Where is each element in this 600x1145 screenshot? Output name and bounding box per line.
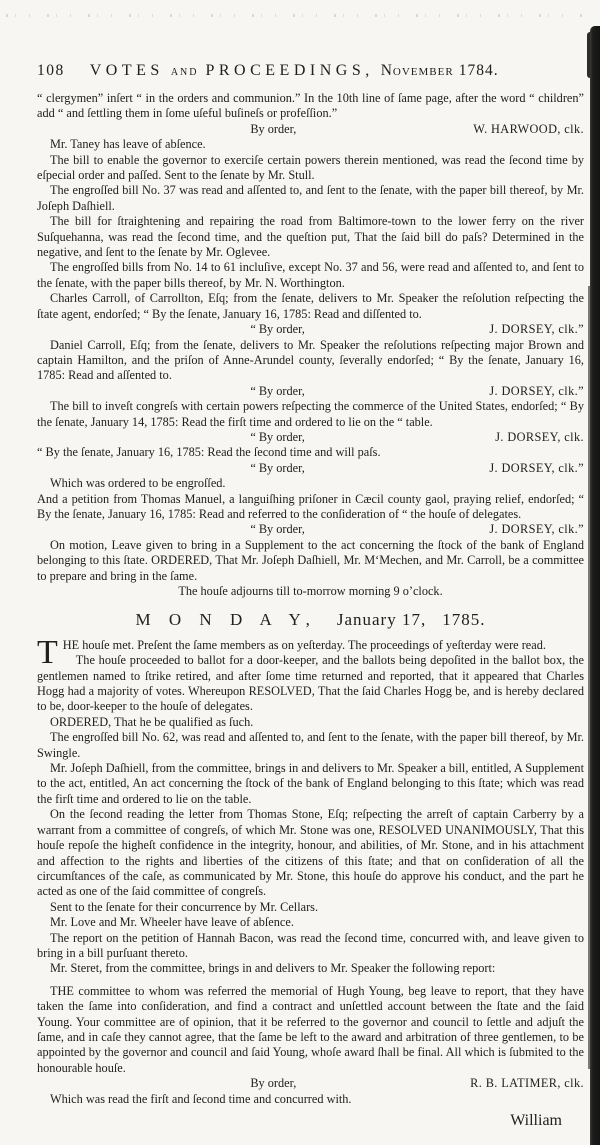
clerk-signature: J. DORSEY, clk.” — [489, 384, 584, 399]
paragraph: THE houſe met. Preſent the ſame members … — [37, 638, 584, 653]
attestation-line: By order,W. HARWOOD, clk. — [37, 122, 584, 137]
title-proceedings: PROCEEDINGS, — [205, 62, 373, 79]
by-order-label: “ By order, — [250, 461, 304, 476]
drop-cap: T — [37, 638, 63, 666]
document-body: “ clergymen” inſert “ in the orders and … — [37, 91, 584, 1107]
document-page: 108 VOTESandPROCEEDINGS,November1784. “ … — [0, 0, 600, 1145]
paragraph: Mr. Taney has leave of abſence. — [37, 137, 584, 152]
paragraph: The engroſſed bill No. 37 was read and a… — [37, 183, 584, 214]
attestation-line: “ By order,J. DORSEY, clk.” — [37, 322, 584, 337]
paragraph: THE committee to whom was referred the m… — [37, 984, 584, 1076]
heading-day: M O N D A Y, — [136, 610, 317, 629]
paragraph: And a petition from Thomas Manuel, a lan… — [37, 492, 584, 523]
title-and: and — [171, 64, 199, 79]
page-number: 108 — [37, 62, 65, 80]
paragraph: The report on the petition of Hannah Bac… — [37, 931, 584, 962]
by-order-label: “ By order, — [250, 430, 304, 445]
scan-gutter-shadow — [590, 26, 600, 1145]
paragraph: Daniel Carroll, Eſq; from the ſenate, de… — [37, 338, 584, 384]
heading-year: 1785. — [442, 610, 485, 629]
paragraph: Which was ordered to be engroſſed. — [37, 476, 584, 491]
paragraph: Which was read the firſt and ſecond time… — [37, 1092, 584, 1107]
paragraph: Mr. Joſeph Daſhiell, from the committee,… — [37, 761, 584, 807]
attestation-line: “ By order,J. DORSEY, clk.” — [37, 384, 584, 399]
by-order-label: “ By order, — [250, 384, 304, 399]
paragraph: The bill for ſtraightening and repairing… — [37, 214, 584, 260]
clerk-signature: J. DORSEY, clk. — [495, 430, 584, 445]
paragraph: Mr. Steret, from the committee, brings i… — [37, 961, 584, 976]
page-title: VOTESandPROCEEDINGS,November1784. — [90, 62, 499, 80]
catchword: William — [37, 1112, 562, 1130]
paragraph: The bill to inveſt congreſs with certain… — [37, 399, 584, 430]
paragraph: The engroſſed bill No. 62, was read and … — [37, 730, 584, 761]
paragraph: The engroſſed bills from No. 14 to 61 in… — [37, 260, 584, 291]
clerk-signature: W. HARWOOD, clk. — [473, 122, 584, 137]
centered-line: The houſe adjourns till to-morrow mornin… — [37, 584, 584, 599]
by-order-label: “ By order, — [250, 522, 304, 537]
paragraph: “ clergymen” inſert “ in the orders and … — [37, 91, 584, 122]
heading-date: January 17, — [337, 610, 426, 629]
paragraph: ORDERED, That he be qualified as ſuch. — [37, 715, 584, 730]
attestation-line: “ By order,J. DORSEY, clk.” — [37, 461, 584, 476]
paragraph: Sent to the ſenate for their concurrence… — [37, 900, 584, 915]
title-year: 1784. — [459, 62, 499, 79]
paragraph: The houſe proceeded to ballot for a door… — [37, 653, 584, 715]
page-content: 108 VOTESandPROCEEDINGS,November1784. “ … — [0, 0, 600, 1130]
by-order-label: “ By order, — [250, 322, 304, 337]
clerk-signature: J. DORSEY, clk.” — [489, 322, 584, 337]
attestation-line: “ By order,J. DORSEY, clk. — [37, 430, 584, 445]
scan-noise-speckles — [6, 14, 584, 17]
clerk-signature: R. B. LATIMER, clk. — [470, 1076, 584, 1091]
paragraph: Charles Carroll, of Carrollton, Eſq; fro… — [37, 291, 584, 322]
by-order-label: By order, — [250, 122, 296, 137]
title-votes: VOTES — [90, 62, 164, 79]
paragraph: The bill to enable the governor to exerc… — [37, 153, 584, 184]
section-heading: M O N D A Y,January 17,1785. — [37, 612, 584, 627]
clerk-signature: J. DORSEY, clk.” — [489, 461, 584, 476]
attestation-line: By order,R. B. LATIMER, clk. — [37, 1076, 584, 1091]
title-month: November — [381, 62, 454, 79]
page-header: 108 VOTESandPROCEEDINGS,November1784. — [37, 62, 584, 80]
paragraph: “ By the ſenate, January 16, 1785: Read … — [37, 445, 584, 460]
paragraph: Mr. Love and Mr. Wheeler have leave of a… — [37, 915, 584, 930]
attestation-line: “ By order,J. DORSEY, clk.” — [37, 522, 584, 537]
clerk-signature: J. DORSEY, clk.” — [489, 522, 584, 537]
paragraph: On the ſecond reading the letter from Th… — [37, 807, 584, 899]
paragraph: On motion, Leave given to bring in a Sup… — [37, 538, 584, 584]
by-order-label: By order, — [250, 1076, 296, 1091]
